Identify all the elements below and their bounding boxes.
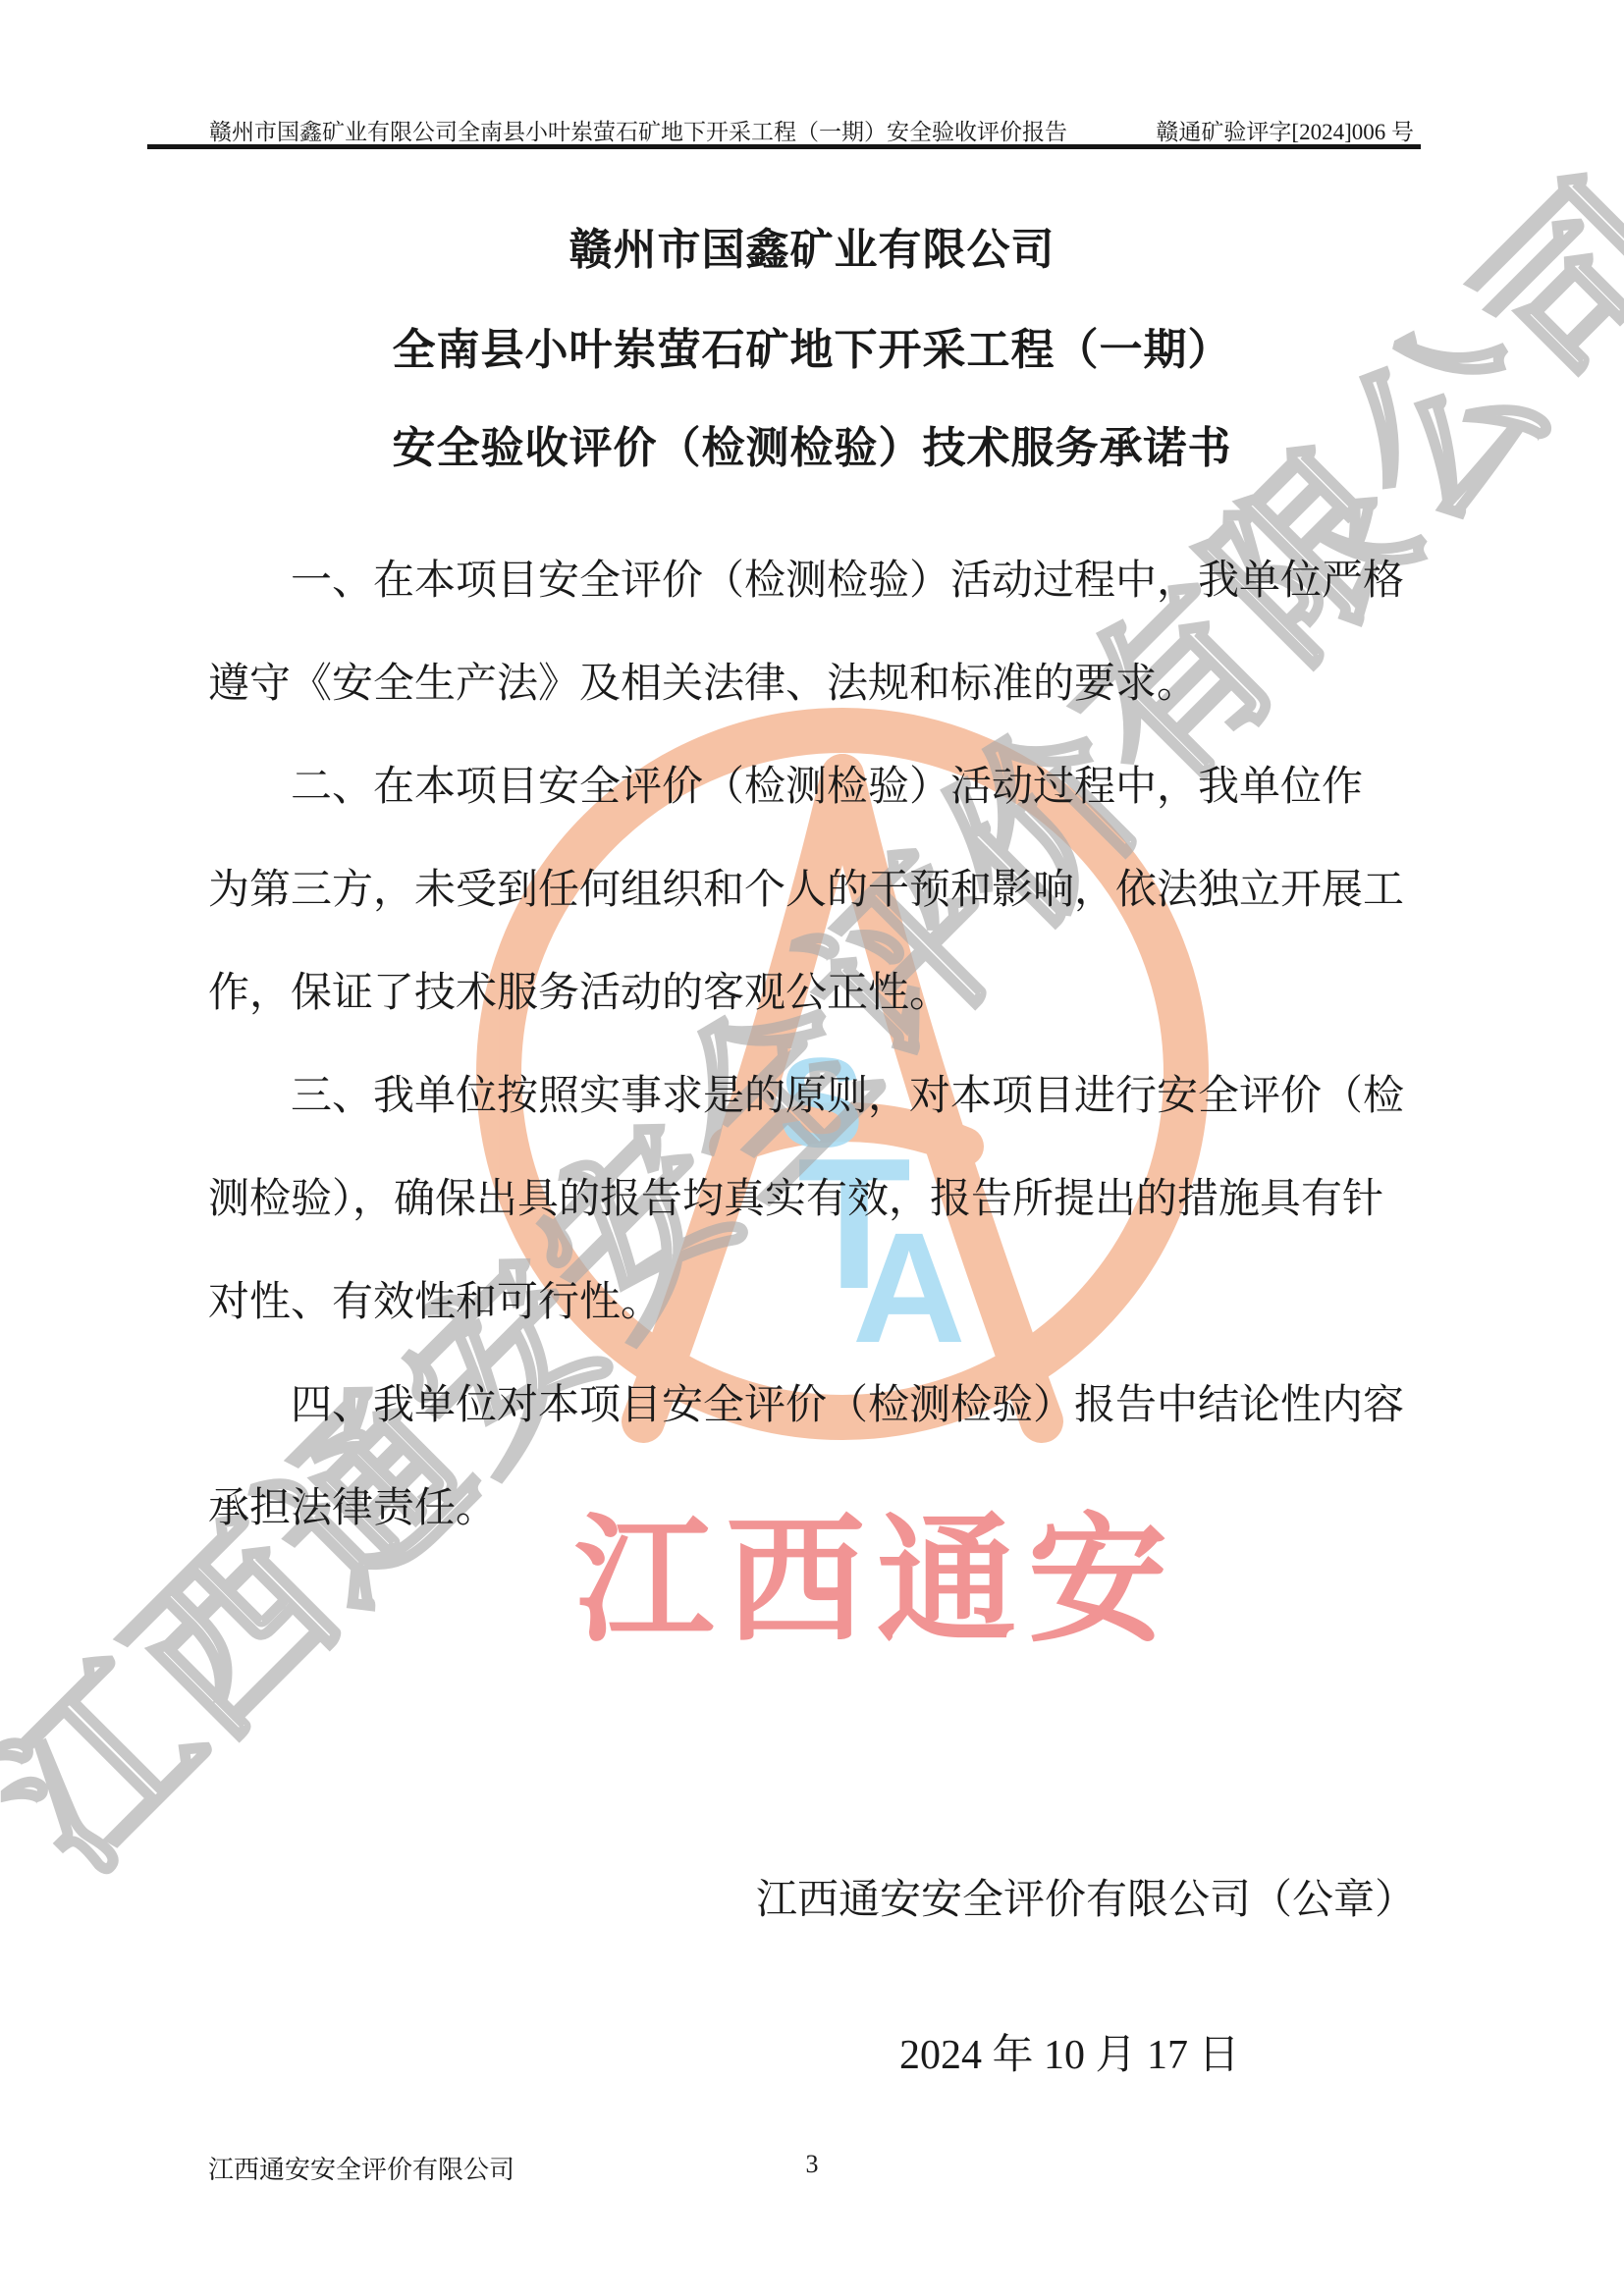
header-report-title: 赣州市国鑫矿业有限公司全南县小叶岽萤石矿地下开采工程（一期）安全验收评价报告 <box>209 114 1067 146</box>
document-page: S T A 江西通安安全评价有限公司 江西通安 赣州市国鑫矿业有限公司全南县小叶… <box>0 0 1624 2296</box>
signature-date: 2024 年 10 月 17 日 <box>899 2022 1240 2081</box>
paragraph-2-line-3: 作，保证了技术服务活动的客观公正性。 <box>208 942 1408 1045</box>
paragraph-3-line-2: 测检验），确保出具的报告均真实有效，报告所提出的措施具有针 <box>208 1148 1408 1252</box>
title-company: 赣州市国鑫矿业有限公司 <box>0 214 1624 277</box>
header-rule <box>147 144 1421 149</box>
paragraph-4-line-2: 承担法律责任。 <box>208 1458 1408 1561</box>
paragraph-1-line-2: 遵守《安全生产法》及相关法律、法规和标准的要求。 <box>208 633 1408 736</box>
body-text: 一、在本项目安全评价（检测检验）活动过程中，我单位严格 遵守《安全生产法》及相关… <box>208 530 1408 1561</box>
paragraph-2-line-1: 二、在本项目安全评价（检测检验）活动过程中，我单位作 <box>208 736 1408 839</box>
document-content: 赣州市国鑫矿业有限公司全南县小叶岽萤石矿地下开采工程（一期）安全验收评价报告 赣… <box>0 0 1624 2296</box>
footer-page-number: 3 <box>0 2150 1624 2179</box>
title-project: 全南县小叶岽萤石矿地下开采工程（一期） <box>0 314 1624 377</box>
title-document-type: 安全验收评价（检测检验）技术服务承诺书 <box>0 412 1624 475</box>
signature-company: 江西通安安全评价有限公司（公章） <box>756 1867 1416 1926</box>
paragraph-1-line-1: 一、在本项目安全评价（检测检验）活动过程中，我单位严格 <box>208 530 1408 633</box>
paragraph-3-line-1: 三、我单位按照实事求是的原则，对本项目进行安全评价（检 <box>208 1045 1408 1148</box>
header-document-number: 赣通矿验评字[2024]006 号 <box>1156 114 1414 146</box>
paragraph-4-line-1: 四、我单位对本项目安全评价（检测检验）报告中结论性内容 <box>208 1355 1408 1458</box>
paragraph-3-line-3: 对性、有效性和可行性。 <box>208 1252 1408 1355</box>
paragraph-2-line-2: 为第三方，未受到任何组织和个人的干预和影响，依法独立开展工 <box>208 839 1408 942</box>
